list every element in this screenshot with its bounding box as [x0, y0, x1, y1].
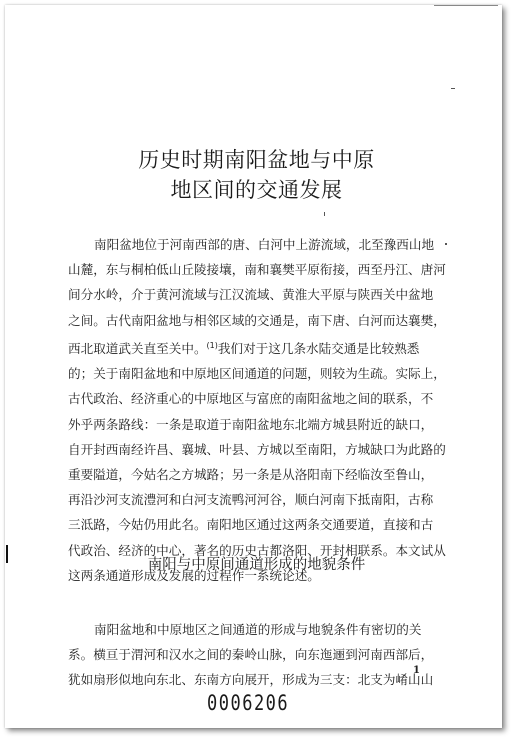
text-line: 重要隘道，今姑名之方城路；另一条是从洛阳南下经临汝至鲁山， [68, 462, 454, 487]
text-line: 系。横亘于渭河和汉水之间的秦岭山脉，向东迤逦到河南西部后， [68, 642, 454, 667]
page-number: 1 [413, 665, 420, 676]
section-heading: 南阳与中原间通道形成的地貌条件 [0, 553, 513, 574]
text-segment: 我们对于这几条水陆交通是比较熟悉 [218, 341, 420, 356]
text-line: 外乎两条路线：一条是取道于南阳盆地东北端方城县附近的缺口， [68, 412, 454, 437]
text-line: 之间。古代南阳盆地与相邻区域的交通是，南下唐、白河而达襄樊， [68, 308, 454, 333]
text-line: 古代政治、经济重心的中原地区与富庶的南阳盆地之间的联系，不 [68, 386, 454, 411]
text-line: 南阳盆地和中原地区之间通道的形成与地貌条件有密切的关 [68, 617, 454, 642]
scan-edge-mark [434, 5, 498, 6]
text-line: 间分水岭，介于黄河流域与江汉流域、黄淮大平原与陕西关中盆地 [68, 282, 454, 307]
text-line: 自开封西南经许昌、襄城、叶县、方城以至南阳，方城缺口为此路的 [68, 437, 454, 462]
text-line: 南阳盆地位于河南西部的唐、白河中上游流域，北至豫西山地 [68, 232, 454, 257]
intro-paragraph: 南阳盆地位于河南西部的唐、白河中上游流域，北至豫西山地 山麓，东与桐柏低山丘陵接… [68, 232, 454, 588]
text-segment: 西北取道武关直至关中。 [68, 341, 207, 356]
title-line-2: 地区间的交通发展 [0, 174, 513, 204]
section-paragraph: 南阳盆地和中原地区之间通道的形成与地貌条件有密切的关 系。横亘于渭河和汉水之间的… [68, 617, 454, 693]
title-line-1: 历史时期南阳盆地与中原 [0, 144, 513, 174]
text-line: 犹如扇形似地向东北、东南方向展开，形成为三支：北支为崤山山 [68, 667, 454, 692]
text-line: 再沿沙河支流澧河和白河支流鸭河河谷，顺白河南下抵南阳，古称 [68, 487, 454, 512]
serial-number: 0006206 [207, 691, 289, 716]
text-line: 西北取道武关直至关中。(1)我们对于这几条水陆交通是比较熟悉 [68, 333, 454, 361]
text-line: 三泜路，今姑仍用此名。南阳地区通过这两条交通要道，直接和古 [68, 512, 454, 537]
scan-speck [451, 88, 455, 89]
scan-speck [445, 243, 447, 245]
footnote-reference: (1) [207, 341, 218, 350]
text-line: 的；关于南阳盆地和中原地区间通道的问题，则较为生疏。实际上， [68, 361, 454, 386]
scan-speck [324, 212, 325, 216]
text-line: 山麓，东与桐柏低山丘陵接壤，南和襄樊平原衔接，西至丹江、唐河 [68, 257, 454, 282]
